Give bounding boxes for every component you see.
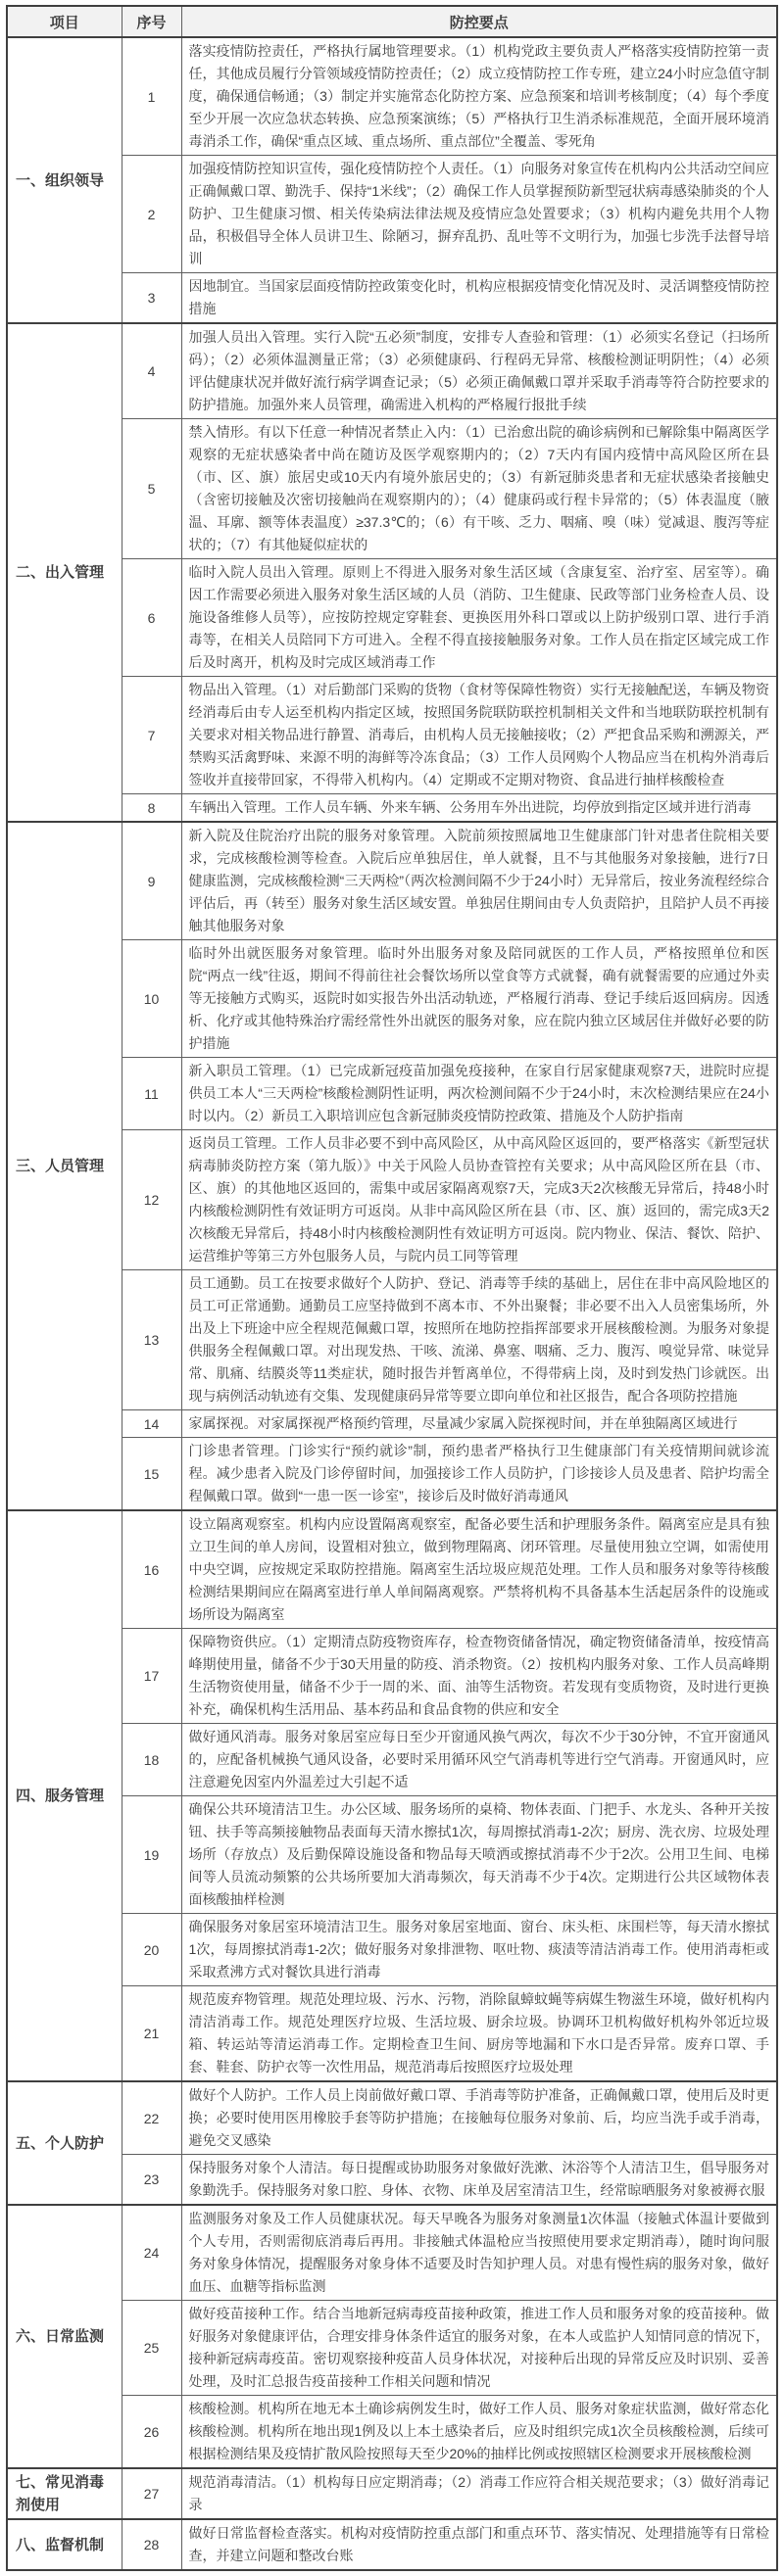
table-row: 六、日常监测24监测服务对象及工作人员健康状况。每天早晚各为服务对象测量1次体温… [7, 2205, 777, 2301]
row-points-text: 设立隔离观察室。机构内应设置隔离观察室，配备必要生活和护理服务条件。隔离室应是具… [181, 1510, 777, 1629]
row-number: 23 [122, 2155, 181, 2206]
row-number: 20 [122, 1914, 181, 1986]
row-number: 18 [122, 1724, 181, 1796]
table-row: 23保持服务对象个人清洁。每日提醒或协助服务对象做好洗漱、沐浴等个人清洁卫生，倡… [7, 2155, 777, 2206]
row-number: 14 [122, 1410, 181, 1438]
table-row: 18做好通风消毒。服务对象居室应每日至少开窗通风换气两次，每次不少于30分钟，不… [7, 1724, 777, 1796]
row-points-text: 新入院及住院治疗出院的服务对象管理。入院前须按照属地卫生健康部门针对患者住院相关… [181, 822, 777, 940]
row-points-text: 确保服务对象居室环境清洁卫生。服务对象居室地面、窗台、床头柜、床围栏等，每天清水… [181, 1914, 777, 1986]
row-points-text: 确保公共环境清洁卫生。办公区域、服务场所的桌椅、物体表面、门把手、水龙头、各种开… [181, 1796, 777, 1914]
row-points-text: 做好疫苗接种工作。结合当地新冠病毒疫苗接种政策，推进工作人员和服务对象的疫苗接种… [181, 2301, 777, 2396]
table-row: 2加强疫情防控知识宣传，强化疫情防控个人责任。（1）向服务对象宣传在机构内公共活… [7, 156, 777, 273]
table-row: 6临时入院人员出入管理。原则上不得进入服务对象生活区域（含康复室、治疗室、居室等… [7, 559, 777, 677]
row-number: 6 [122, 559, 181, 677]
row-number: 28 [122, 2519, 181, 2570]
row-number: 19 [122, 1796, 181, 1914]
row-number: 11 [122, 1058, 181, 1130]
table-row: 10临时外出就医服务对象管理。临时外出服务对象及陪同就医的工作人员，严格按照单位… [7, 940, 777, 1058]
row-points-text: 规范废弃物管理。规范处理垃圾、污水、污物，消除鼠蟑蚊蝇等病媒生物滋生环境，做好机… [181, 1986, 777, 2082]
section-label: 三、人员管理 [7, 822, 122, 1510]
row-points-text: 加强人员出入管理。实行入院“五必须”制度，安排专人查验和管理：（1）必须实名登记… [181, 323, 777, 419]
row-points-text: 员工通勤。员工在按要求做好个人防护、登记、消毒等手续的基础上，居住在非中高风险地… [181, 1270, 777, 1410]
row-points-text: 门诊患者管理。门诊实行“预约就诊”制，预约患者严格执行卫生健康部门有关疫情期间就… [181, 1438, 777, 1511]
row-points-text: 新入职员工管理。（1）已完成新冠疫苗加强免疫接种，在家自行居家健康观察7天，进院… [181, 1058, 777, 1130]
row-number: 25 [122, 2301, 181, 2396]
row-points-text: 监测服务对象及工作人员健康状况。每天早晚各为服务对象测量1次体温（接触式体温计要… [181, 2205, 777, 2301]
table-row: 25做好疫苗接种工作。结合当地新冠病毒疫苗接种政策，推进工作人员和服务对象的疫苗… [7, 2301, 777, 2396]
row-number: 1 [122, 37, 181, 156]
row-points-text: 落实疫情防控责任，严格执行属地管理要求。（1）机构党政主要负责人严格落实疫情防控… [181, 37, 777, 156]
section-label: 六、日常监测 [7, 2205, 122, 2468]
row-number: 27 [122, 2468, 181, 2519]
table-row: 20确保服务对象居室环境清洁卫生。服务对象居室地面、窗台、床头柜、床围栏等，每天… [7, 1914, 777, 1986]
row-number: 2 [122, 156, 181, 273]
row-points-text: 家属探视。对家属探视严格预约管理，尽量减少家属入院探视时间，并在单独隔离区域进行 [181, 1410, 777, 1438]
table-header-row: 项目 序号 防控要点 [7, 6, 777, 37]
table-row: 一、组织领导1落实疫情防控责任，严格执行属地管理要求。（1）机构党政主要负责人严… [7, 37, 777, 156]
table-row: 五、个人防护22做好个人防护。工作人员上岗前做好戴口罩、手消毒等防护准备，正确佩… [7, 2081, 777, 2155]
table-row: 7物品出入管理。（1）对后勤部门采购的货物（食材等保障性物资）实行无接触配送，车… [7, 677, 777, 794]
row-points-text: 返岗员工管理。工作人员非必要不到中高风险区，从中高风险区返回的，要严格落实《新型… [181, 1130, 777, 1270]
row-points-text: 做好通风消毒。服务对象居室应每日至少开窗通风换气两次，每次不少于30分钟，不宜开… [181, 1724, 777, 1796]
section-label: 八、监督机制 [7, 2519, 122, 2570]
row-number: 15 [122, 1438, 181, 1511]
row-number: 21 [122, 1986, 181, 2082]
row-points-text: 临时入院人员出入管理。原则上不得进入服务对象生活区域（含康复室、治疗室、居室等）… [181, 559, 777, 677]
section-label: 一、组织领导 [7, 37, 122, 323]
row-points-text: 保障物资供应。（1）定期清点防疫物资库存，检查物资储备情况，确定物资储备清单，按… [181, 1629, 777, 1724]
table-row: 11新入职员工管理。（1）已完成新冠疫苗加强免疫接种，在家自行居家健康观察7天，… [7, 1058, 777, 1130]
column-header-number: 序号 [122, 6, 181, 37]
table-row: 12返岗员工管理。工作人员非必要不到中高风险区，从中高风险区返回的，要严格落实《… [7, 1130, 777, 1270]
column-header-points: 防控要点 [181, 6, 777, 37]
section-label: 五、个人防护 [7, 2081, 122, 2205]
row-number: 16 [122, 1510, 181, 1629]
row-points-text: 做好日常监督检查落实。机构对疫情防控重点部门和重点环节、落实情况、处理措施等有日… [181, 2519, 777, 2570]
table-row: 15门诊患者管理。门诊实行“预约就诊”制，预约患者严格执行卫生健康部门有关疫情期… [7, 1438, 777, 1511]
row-points-text: 规范消毒清洁。（1）机构每日应定期消毒；（2）消毒工作应符合相关规范要求；（3）… [181, 2468, 777, 2519]
row-number: 17 [122, 1629, 181, 1724]
table-row: 3因地制宜。当国家层面疫情防控政策变化时，机构应根据疫情变化情况及时、灵活调整疫… [7, 273, 777, 324]
row-number: 3 [122, 273, 181, 324]
table-row: 19确保公共环境清洁卫生。办公区域、服务场所的桌椅、物体表面、门把手、水龙头、各… [7, 1796, 777, 1914]
row-number: 7 [122, 677, 181, 794]
row-number: 4 [122, 323, 181, 419]
section-label: 二、出入管理 [7, 323, 122, 822]
column-header-project: 项目 [7, 6, 122, 37]
table-row: 三、人员管理9新入院及住院治疗出院的服务对象管理。入院前须按照属地卫生健康部门针… [7, 822, 777, 940]
row-number: 12 [122, 1130, 181, 1270]
row-points-text: 物品出入管理。（1）对后勤部门采购的货物（食材等保障性物资）实行无接触配送，车辆… [181, 677, 777, 794]
table-row: 14家属探视。对家属探视严格预约管理，尽量减少家属入院探视时间，并在单独隔离区域… [7, 1410, 777, 1438]
section-label: 七、常见消毒剂使用 [7, 2468, 122, 2519]
table-row: 17保障物资供应。（1）定期清点防疫物资库存，检查物资储备情况，确定物资储备清单… [7, 1629, 777, 1724]
document-page: 项目 序号 防控要点 一、组织领导1落实疫情防控责任，严格执行属地管理要求。（1… [0, 0, 784, 2576]
row-points-text: 核酸检测。机构所在地无本土确诊病例发生时，做好工作人员、服务对象症状监测，做好常… [181, 2396, 777, 2469]
row-number: 9 [122, 822, 181, 940]
row-points-text: 禁入情形。有以下任意一种情况者禁止入内：（1）已治愈出院的确诊病例和已解除集中隔… [181, 419, 777, 559]
row-points-text: 加强疫情防控知识宣传，强化疫情防控个人责任。（1）向服务对象宣传在机构内公共活动… [181, 156, 777, 273]
table-row: 八、监督机制28做好日常监督检查落实。机构对疫情防控重点部门和重点环节、落实情况… [7, 2519, 777, 2570]
table-row: 21规范废弃物管理。规范处理垃圾、污水、污物，消除鼠蟑蚊蝇等病媒生物滋生环境，做… [7, 1986, 777, 2082]
row-number: 10 [122, 940, 181, 1058]
row-number: 13 [122, 1270, 181, 1410]
prevention-control-table: 项目 序号 防控要点 一、组织领导1落实疫情防控责任，严格执行属地管理要求。（1… [6, 5, 778, 2571]
row-number: 8 [122, 794, 181, 823]
row-number: 22 [122, 2081, 181, 2155]
row-points-text: 做好个人防护。工作人员上岗前做好戴口罩、手消毒等防护准备，正确佩戴口罩，使用后及… [181, 2081, 777, 2155]
row-points-text: 车辆出入管理。工作人员车辆、外来车辆、公务用车外出进院，均停放到指定区域并进行消… [181, 794, 777, 823]
section-label: 四、服务管理 [7, 1510, 122, 2081]
row-number: 26 [122, 2396, 181, 2469]
table-row: 七、常见消毒剂使用27规范消毒清洁。（1）机构每日应定期消毒；（2）消毒工作应符… [7, 2468, 777, 2519]
table-row: 四、服务管理16设立隔离观察室。机构内应设置隔离观察室，配备必要生活和护理服务条… [7, 1510, 777, 1629]
table-body: 一、组织领导1落实疫情防控责任，严格执行属地管理要求。（1）机构党政主要负责人严… [7, 37, 777, 2570]
row-number: 24 [122, 2205, 181, 2301]
table-row: 5禁入情形。有以下任意一种情况者禁止入内：（1）已治愈出院的确诊病例和已解除集中… [7, 419, 777, 559]
row-points-text: 保持服务对象个人清洁。每日提醒或协助服务对象做好洗漱、沐浴等个人清洁卫生，倡导服… [181, 2155, 777, 2206]
row-points-text: 临时外出就医服务对象管理。临时外出服务对象及陪同就医的工作人员，严格按照单位和医… [181, 940, 777, 1058]
row-points-text: 因地制宜。当国家层面疫情防控政策变化时，机构应根据疫情变化情况及时、灵活调整疫情… [181, 273, 777, 324]
table-row: 13员工通勤。员工在按要求做好个人防护、登记、消毒等手续的基础上，居住在非中高风… [7, 1270, 777, 1410]
row-number: 5 [122, 419, 181, 559]
table-row: 26核酸检测。机构所在地无本土确诊病例发生时，做好工作人员、服务对象症状监测，做… [7, 2396, 777, 2469]
table-row: 二、出入管理4加强人员出入管理。实行入院“五必须”制度，安排专人查验和管理：（1… [7, 323, 777, 419]
table-row: 8车辆出入管理。工作人员车辆、外来车辆、公务用车外出进院，均停放到指定区域并进行… [7, 794, 777, 823]
